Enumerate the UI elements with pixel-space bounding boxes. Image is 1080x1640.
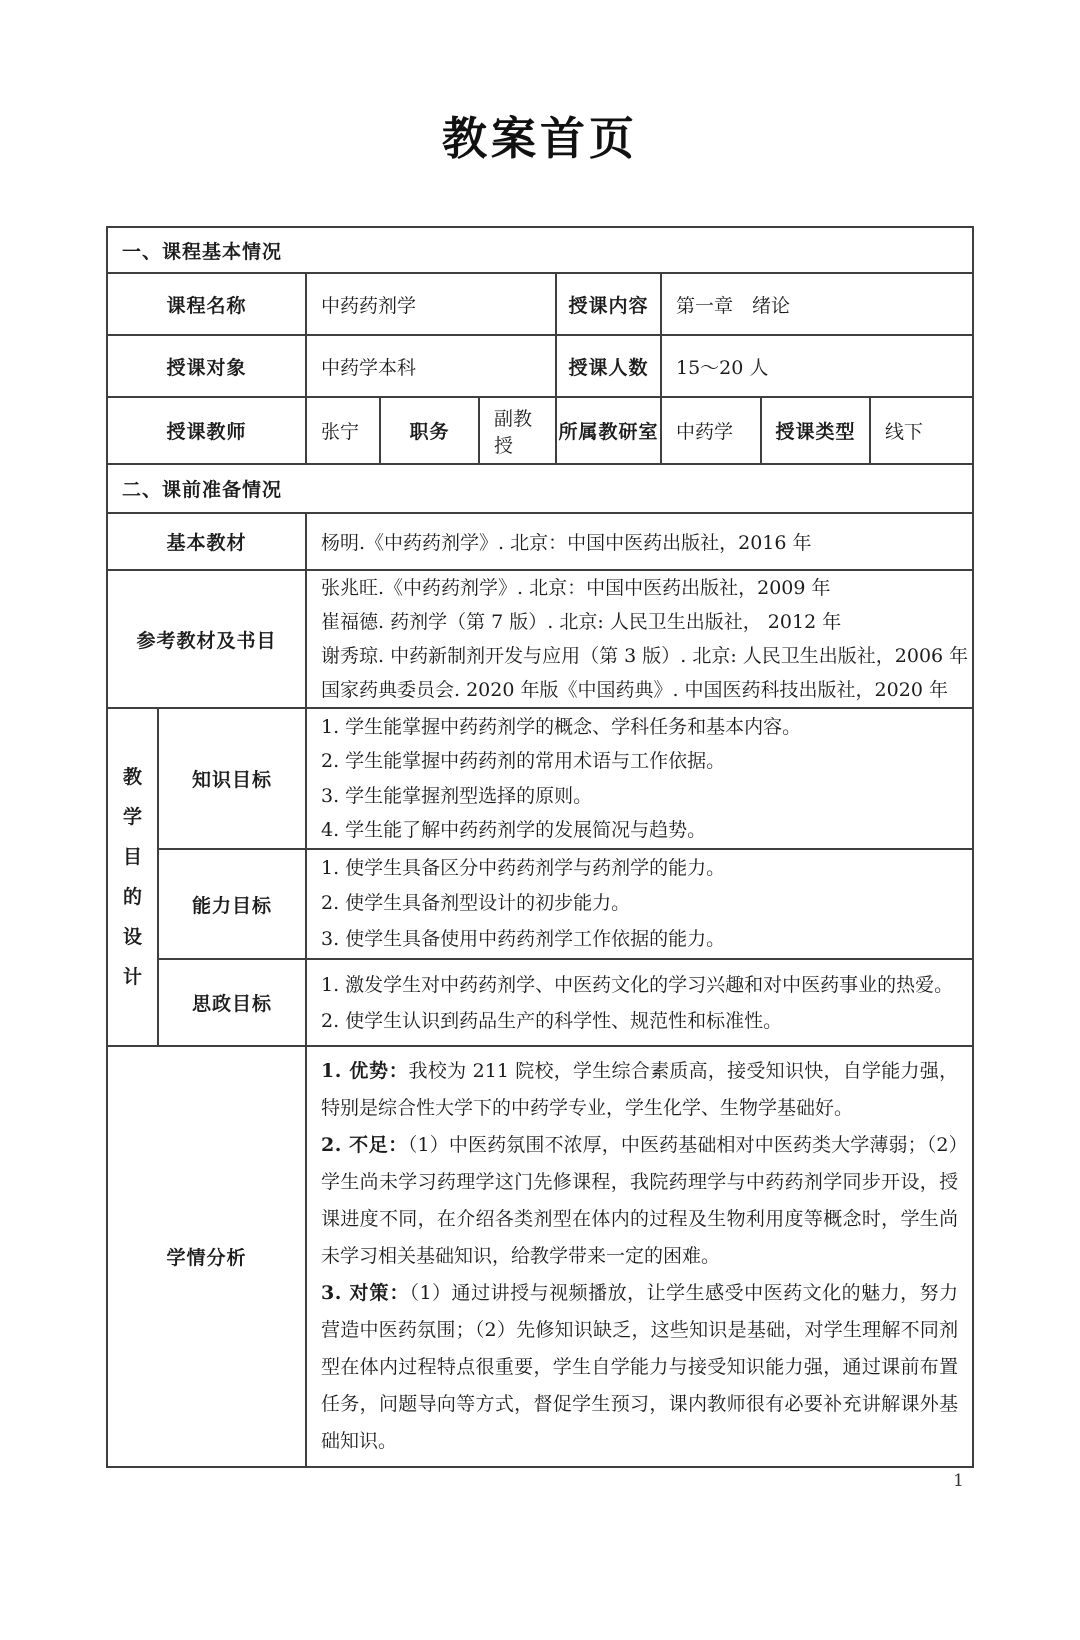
lesson-plan-table: 一、课程基本情况 课程名称 中药药剂学 授课内容 第一章 绪论 授课对象 中药学… xyxy=(106,226,974,1468)
learning-analysis-label: 学情分析 xyxy=(107,1046,306,1467)
reference-books-label: 参考教材及书目 xyxy=(107,570,306,708)
course-name-label: 课程名称 xyxy=(107,273,306,335)
ideology-goal-label: 思政目标 xyxy=(158,959,306,1046)
list-item: 谢秀琼. 中药新制剂开发与应用（第 3 版）. 北京: 人民卫生出版社，2006… xyxy=(321,639,958,673)
ideology-goal-list: 1. 激发学生对中药药剂学、中医药文化的学习兴趣和对中医药事业的热爱。2. 使学… xyxy=(306,959,973,1046)
page-title: 教案首页 xyxy=(0,113,1080,165)
audience-value: 中药学本科 xyxy=(306,335,556,397)
table-row: 授课教师 张宁 职务 副教授 所属教研室 中药学 授课类型 线下 xyxy=(107,397,973,464)
teacher-value: 张宁 xyxy=(306,397,380,464)
list-item: 崔福德. 药剂学（第 7 版）. 北京: 人民卫生出版社， 2012 年 xyxy=(321,605,958,639)
basic-textbook-value: 杨明.《中药药剂学》. 北京：中国中医药出版社，2016 年 xyxy=(306,513,973,570)
learning-analysis-content: 1. 优势：我校为 211 院校，学生综合素质高，接受知识快，自学能力强，特别是… xyxy=(306,1046,973,1467)
teaching-goals-vertical-text: 教学目的设计 xyxy=(122,757,143,997)
position-label: 职务 xyxy=(380,397,479,464)
paragraph-lead: 3. 对策： xyxy=(321,1282,409,1304)
list-item: 3. 使学生具备使用中药药剂学工作依据的能力。 xyxy=(321,922,958,958)
list-item: 3. 学生能掌握剂型选择的原则。 xyxy=(321,779,958,814)
section1-header-row: 一、课程基本情况 xyxy=(107,227,973,273)
course-name-value: 中药药剂学 xyxy=(306,273,556,335)
basic-textbook-label: 基本教材 xyxy=(107,513,306,570)
reference-books-list: 张兆旺.《中药药剂学》. 北京：中国中医药出版社，2009 年崔福德. 药剂学（… xyxy=(306,570,973,708)
teaching-office-value: 中药学 xyxy=(661,397,761,464)
student-count-value: 15～20 人 xyxy=(661,335,973,397)
knowledge-goal-list: 1. 学生能掌握中药药剂学的概念、学科任务和基本内容。2. 学生能掌握中药药剂的… xyxy=(306,708,973,849)
table-row: 能力目标 1. 使学生具备区分中药药剂学与药剂学的能力。2. 使学生具备剂型设计… xyxy=(107,849,973,959)
analysis-paragraph: 3. 对策：（1）通过讲授与视频播放，让学生感受中医药文化的魅力，努力营造中医药… xyxy=(321,1275,958,1460)
student-count-label: 授课人数 xyxy=(556,335,661,397)
paragraph-text: （1）通过讲授与视频播放，让学生感受中医药文化的魅力，努力营造中医药氛围；（2）… xyxy=(321,1282,958,1452)
list-item: 张兆旺.《中药药剂学》. 北京：中国中医药出版社，2009 年 xyxy=(321,571,958,605)
section1-header: 一、课程基本情况 xyxy=(107,227,973,273)
list-item: 2. 使学生认识到药品生产的科学性、规范性和标准性。 xyxy=(321,1003,958,1039)
table-row: 思政目标 1. 激发学生对中药药剂学、中医药文化的学习兴趣和对中医药事业的热爱。… xyxy=(107,959,973,1046)
section2-header-row: 二、课前准备情况 xyxy=(107,464,973,513)
section2-header: 二、课前准备情况 xyxy=(107,464,973,513)
list-item: 国家药典委员会. 2020 年版《中国药典》. 中国医药科技出版社，2020 年 xyxy=(321,673,958,707)
course-type-value: 线下 xyxy=(870,397,973,464)
knowledge-goal-label: 知识目标 xyxy=(158,708,306,849)
table-row: 参考教材及书目 张兆旺.《中药药剂学》. 北京：中国中医药出版社，2009 年崔… xyxy=(107,570,973,708)
teaching-office-label: 所属教研室 xyxy=(556,397,661,464)
content-value: 第一章 绪论 xyxy=(661,273,973,335)
list-item: 2. 学生能掌握中药药剂的常用术语与工作依据。 xyxy=(321,744,958,779)
ability-goal-label: 能力目标 xyxy=(158,849,306,959)
ability-goal-list: 1. 使学生具备区分中药药剂学与药剂学的能力。2. 使学生具备剂型设计的初步能力… xyxy=(306,849,973,959)
paragraph-lead: 2. 不足： xyxy=(321,1134,408,1156)
paragraph-lead: 1. 优势： xyxy=(321,1060,409,1082)
table-row: 教学目的设计 知识目标 1. 学生能掌握中药药剂学的概念、学科任务和基本内容。2… xyxy=(107,708,973,849)
paragraph-text: 我校为 211 院校，学生综合素质高，接受知识快，自学能力强，特别是综合性大学下… xyxy=(321,1060,958,1119)
table-row: 授课对象 中药学本科 授课人数 15～20 人 xyxy=(107,335,973,397)
analysis-paragraph: 2. 不足：（1）中医药氛围不浓厚，中医药基础相对中医药类大学薄弱；（2）学生尚… xyxy=(321,1127,958,1275)
position-value: 副教授 xyxy=(479,397,556,464)
content-label: 授课内容 xyxy=(556,273,661,335)
analysis-paragraph: 1. 优势：我校为 211 院校，学生综合素质高，接受知识快，自学能力强，特别是… xyxy=(321,1053,958,1127)
list-item: 2. 使学生具备剂型设计的初步能力。 xyxy=(321,886,958,922)
paragraph-text: （1）中医药氛围不浓厚，中医药基础相对中医药类大学薄弱；（2）学生尚未学习药理学… xyxy=(321,1134,958,1267)
teaching-goals-vertical-label: 教学目的设计 xyxy=(107,708,158,1046)
table-row: 学情分析 1. 优势：我校为 211 院校，学生综合素质高，接受知识快，自学能力… xyxy=(107,1046,973,1467)
list-item: 1. 使学生具备区分中药药剂学与药剂学的能力。 xyxy=(321,851,958,887)
course-type-label: 授课类型 xyxy=(761,397,870,464)
teacher-label: 授课教师 xyxy=(107,397,306,464)
list-item: 4. 学生能了解中药药剂学的发展简况与趋势。 xyxy=(321,813,958,848)
table-row: 基本教材 杨明.《中药药剂学》. 北京：中国中医药出版社，2016 年 xyxy=(107,513,973,570)
list-item: 1. 学生能掌握中药药剂学的概念、学科任务和基本内容。 xyxy=(321,710,958,745)
table-row: 课程名称 中药药剂学 授课内容 第一章 绪论 xyxy=(107,273,973,335)
list-item: 1. 激发学生对中药药剂学、中医药文化的学习兴趣和对中医药事业的热爱。 xyxy=(321,967,958,1003)
page-number: 1 xyxy=(106,1471,972,1491)
audience-label: 授课对象 xyxy=(107,335,306,397)
